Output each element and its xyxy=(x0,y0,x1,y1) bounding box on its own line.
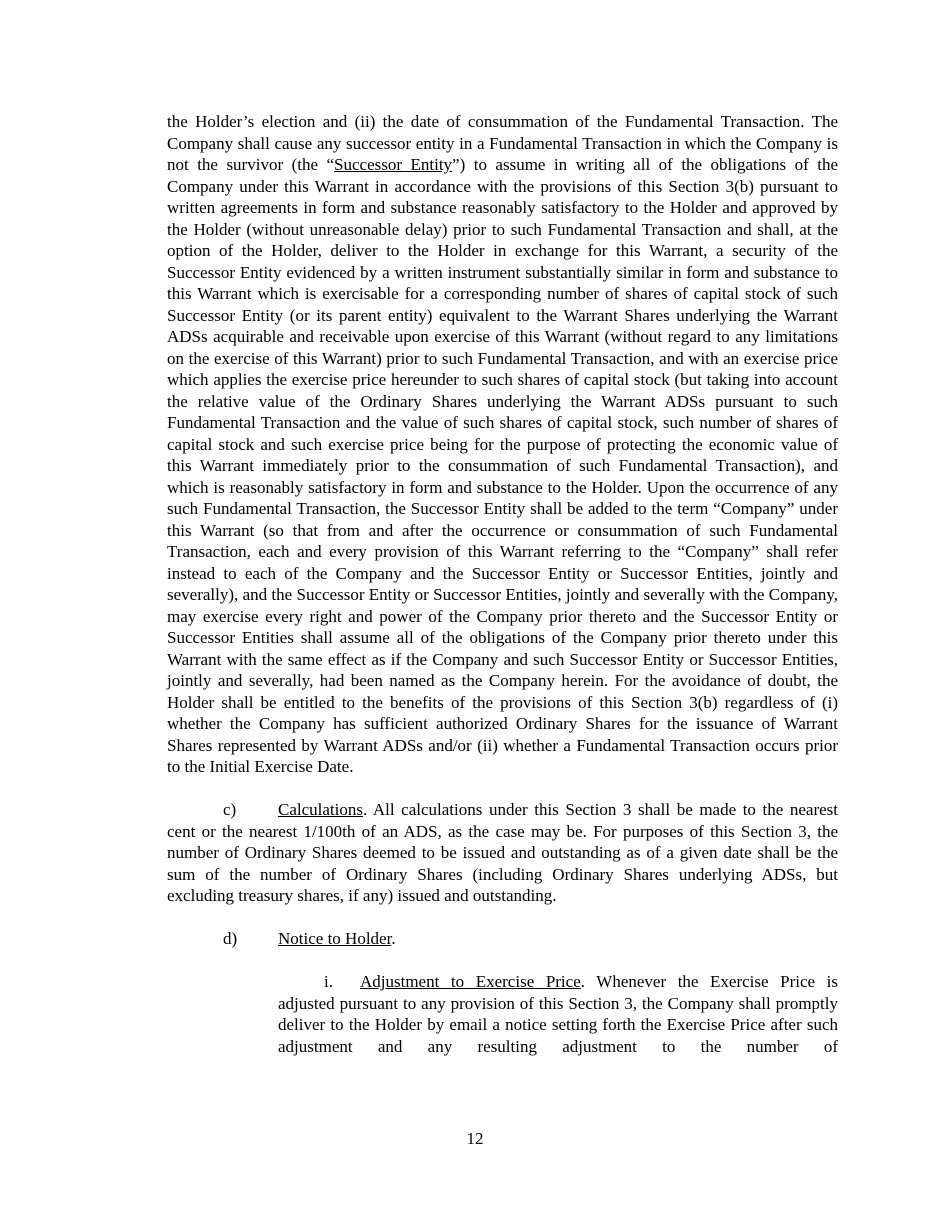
paragraph-section-3b-continuation: the Holder’s election and (ii) the date … xyxy=(167,111,838,778)
page-number: 12 xyxy=(0,1128,950,1150)
paragraph-label: c) xyxy=(223,799,278,821)
paragraph-adjustment-to-exercise-price: i.Adjustment to Exercise Price. Whenever… xyxy=(278,971,838,1057)
underlined-term: Successor Entity xyxy=(334,155,452,174)
document-page: the Holder’s election and (ii) the date … xyxy=(0,0,950,1229)
paragraph-label: i. xyxy=(324,971,360,993)
underlined-term: Adjustment to Exercise Price xyxy=(360,972,581,991)
underlined-term: Notice to Holder xyxy=(278,929,391,948)
document-body: the Holder’s election and (ii) the date … xyxy=(167,111,838,1057)
text-run: ”) to assume in writing all of the oblig… xyxy=(167,155,838,776)
paragraph-notice-to-holder: d)Notice to Holder. xyxy=(167,928,838,950)
paragraph-calculations: c)Calculations. All calculations under t… xyxy=(167,799,838,907)
paragraph-label: d) xyxy=(223,928,278,950)
underlined-term: Calculations xyxy=(278,800,363,819)
text-run: . xyxy=(391,929,395,948)
